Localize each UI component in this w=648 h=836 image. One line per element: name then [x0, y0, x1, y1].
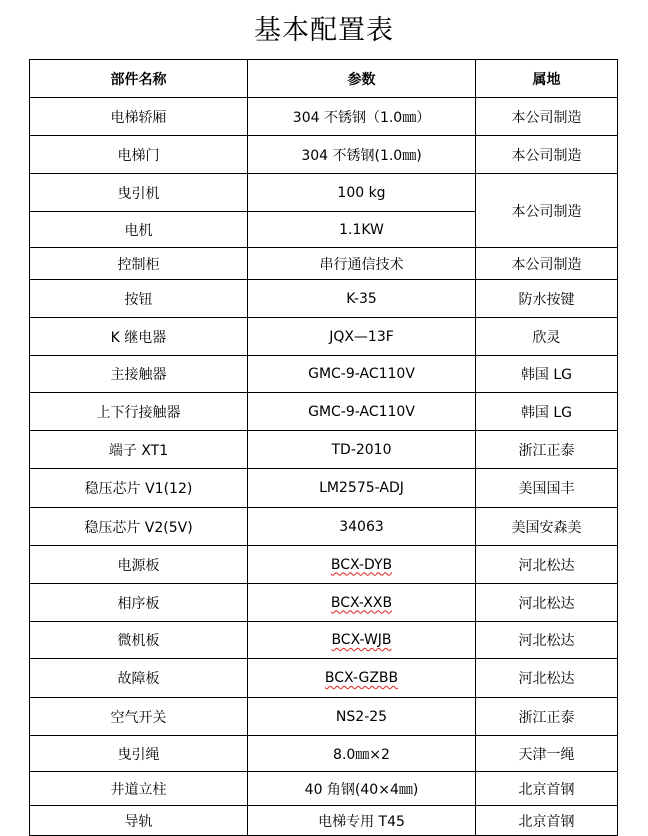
cell-origin-text: 河北松达 [519, 633, 575, 649]
cell-part-name: 稳压芯片 V2(5V) [30, 508, 248, 546]
cell-part-name: 导轨 [30, 806, 248, 836]
cell-part-name-text: 导轨 [125, 814, 153, 830]
cell-part-name: 电梯门 [30, 136, 248, 174]
cell-part-name: K 继电器 [30, 318, 248, 356]
table-body: 电梯轿厢304 不锈钢（1.0㎜）本公司制造电梯门304 不锈钢(1.0㎜)本公… [30, 98, 618, 836]
cell-part-name: 上下行接触器 [30, 393, 248, 431]
table-row: 按钮K-35防水按键 [30, 280, 618, 318]
cell-part-name: 按钮 [30, 280, 248, 318]
cell-parameter-text: K-35 [346, 291, 377, 307]
cell-parameter-text: BCX-XXB [331, 595, 392, 611]
cell-origin: 美国安森美 [476, 508, 618, 546]
cell-origin-text: 河北松达 [519, 671, 575, 687]
cell-part-name-text: 电源板 [118, 558, 160, 574]
table-row: 电源板BCX-DYB河北松达 [30, 546, 618, 584]
cell-origin: 河北松达 [476, 659, 618, 698]
cell-part-name-text: 稳压芯片 V1(12) [85, 481, 193, 497]
cell-parameter: 8.0㎜×2 [248, 736, 476, 772]
cell-parameter-text: JQX—13F [329, 329, 394, 345]
table-row: 相序板BCX-XXB河北松达 [30, 584, 618, 622]
cell-part-name-text: 相序板 [118, 596, 160, 612]
cell-part-name: 曳引绳 [30, 736, 248, 772]
cell-origin-text: 本公司制造 [512, 257, 582, 273]
cell-origin-text: 本公司制造 [512, 204, 582, 220]
cell-origin-text: 美国安森美 [512, 520, 582, 536]
cell-part-name-text: 控制柜 [118, 257, 160, 273]
cell-parameter-text: GMC-9-AC110V [308, 404, 415, 420]
cell-part-name: 控制柜 [30, 248, 248, 280]
cell-parameter: 304 不锈钢（1.0㎜） [248, 98, 476, 136]
table-row: 稳压芯片 V2(5V)34063美国安森美 [30, 508, 618, 546]
table-row: 主接触器GMC-9-AC110V韩国 LG [30, 356, 618, 393]
cell-parameter-text: 100 kg [337, 185, 385, 201]
cell-origin: 韩国 LG [476, 393, 618, 431]
cell-origin: 本公司制造 [476, 174, 618, 248]
cell-parameter-text: 串行通信技术 [320, 257, 404, 273]
cell-parameter-text: BCX-DYB [331, 557, 392, 573]
cell-part-name: 主接触器 [30, 356, 248, 393]
table-row: 曳引绳8.0㎜×2天津一绳 [30, 736, 618, 772]
cell-part-name-text: 曳引机 [118, 186, 160, 202]
cell-parameter: BCX-GZBB [248, 659, 476, 698]
cell-parameter: TD-2010 [248, 431, 476, 469]
cell-part-name: 电机 [30, 212, 248, 248]
cell-part-name: 相序板 [30, 584, 248, 622]
cell-parameter: 电梯专用 T45 [248, 806, 476, 836]
cell-origin: 河北松达 [476, 622, 618, 659]
table-row: 上下行接触器GMC-9-AC110V韩国 LG [30, 393, 618, 431]
cell-part-name: 稳压芯片 V1(12) [30, 469, 248, 508]
cell-origin-text: 北京首钢 [519, 782, 575, 798]
cell-part-name-text: 电梯门 [118, 148, 160, 164]
header-parameter: 参数 [248, 60, 476, 98]
cell-parameter-text: NS2-25 [336, 709, 387, 725]
table-row: 故障板BCX-GZBB河北松达 [30, 659, 618, 698]
cell-origin-text: 防水按键 [519, 292, 575, 308]
cell-part-name: 井道立柱 [30, 772, 248, 806]
cell-origin: 河北松达 [476, 584, 618, 622]
cell-parameter: JQX—13F [248, 318, 476, 356]
cell-parameter: GMC-9-AC110V [248, 356, 476, 393]
cell-origin: 浙江正泰 [476, 431, 618, 469]
table-row: 控制柜串行通信技术本公司制造 [30, 248, 618, 280]
cell-origin: 美国国丰 [476, 469, 618, 508]
table-header-row: 部件名称 参数 属地 [30, 60, 618, 98]
cell-origin-text: 浙江正泰 [519, 710, 575, 726]
cell-part-name-text: 端子 XT1 [109, 443, 168, 459]
cell-origin: 本公司制造 [476, 248, 618, 280]
cell-origin: 欣灵 [476, 318, 618, 356]
cell-part-name: 故障板 [30, 659, 248, 698]
cell-parameter-text: BCX-WJB [331, 632, 391, 648]
table-row: 稳压芯片 V1(12)LM2575-ADJ美国国丰 [30, 469, 618, 508]
cell-origin-text: 欣灵 [533, 330, 561, 346]
cell-origin: 天津一绳 [476, 736, 618, 772]
cell-parameter-text: LM2575-ADJ [319, 480, 404, 496]
cell-parameter: K-35 [248, 280, 476, 318]
cell-part-name-text: 空气开关 [111, 710, 167, 726]
cell-parameter: 100 kg [248, 174, 476, 212]
cell-parameter: 34063 [248, 508, 476, 546]
cell-origin: 浙江正泰 [476, 698, 618, 736]
cell-parameter: GMC-9-AC110V [248, 393, 476, 431]
cell-origin-text: 北京首钢 [519, 814, 575, 830]
cell-parameter-text: GMC-9-AC110V [308, 366, 415, 382]
cell-parameter: 304 不锈钢(1.0㎜) [248, 136, 476, 174]
cell-part-name-text: 主接触器 [111, 367, 167, 383]
cell-part-name-text: 曳引绳 [118, 747, 160, 763]
cell-part-name-text: 井道立柱 [111, 782, 167, 798]
header-origin: 属地 [476, 60, 618, 98]
cell-origin-text: 美国国丰 [519, 481, 575, 497]
cell-part-name-text: 故障板 [118, 671, 160, 687]
cell-part-name: 电源板 [30, 546, 248, 584]
cell-part-name-text: 按钮 [125, 292, 153, 308]
cell-part-name-text: 稳压芯片 V2(5V) [84, 520, 192, 536]
cell-origin-text: 河北松达 [519, 558, 575, 574]
cell-part-name: 端子 XT1 [30, 431, 248, 469]
cell-origin-text: 本公司制造 [512, 148, 582, 164]
cell-part-name-text: 上下行接触器 [97, 405, 181, 421]
cell-parameter-text: TD-2010 [331, 442, 391, 458]
table-row: 电梯门304 不锈钢(1.0㎜)本公司制造 [30, 136, 618, 174]
table-row: 井道立柱40 角钢(40×4㎜)北京首钢 [30, 772, 618, 806]
cell-part-name: 空气开关 [30, 698, 248, 736]
cell-parameter: 1.1KW [248, 212, 476, 248]
table-row: K 继电器JQX—13F欣灵 [30, 318, 618, 356]
cell-origin: 河北松达 [476, 546, 618, 584]
cell-origin: 防水按键 [476, 280, 618, 318]
document-title: 基本配置表 [0, 8, 648, 47]
cell-origin-text: 天津一绳 [519, 747, 575, 763]
header-part-name: 部件名称 [30, 60, 248, 98]
cell-parameter: BCX-WJB [248, 622, 476, 659]
cell-part-name-text: 电梯轿厢 [111, 110, 167, 126]
cell-part-name: 曳引机 [30, 174, 248, 212]
cell-origin-text: 河北松达 [519, 596, 575, 612]
cell-parameter: 40 角钢(40×4㎜) [248, 772, 476, 806]
cell-parameter: NS2-25 [248, 698, 476, 736]
table-row: 微机板BCX-WJB河北松达 [30, 622, 618, 659]
table-row: 空气开关NS2-25浙江正泰 [30, 698, 618, 736]
cell-origin-text: 韩国 LG [521, 367, 572, 383]
cell-origin: 北京首钢 [476, 772, 618, 806]
cell-parameter: BCX-XXB [248, 584, 476, 622]
cell-origin-text: 本公司制造 [512, 110, 582, 126]
cell-origin-text: 浙江正泰 [519, 443, 575, 459]
cell-parameter-text: 304 不锈钢（1.0㎜） [293, 110, 430, 126]
cell-parameter: 串行通信技术 [248, 248, 476, 280]
cell-part-name-text: 微机板 [118, 633, 160, 649]
cell-origin: 本公司制造 [476, 136, 618, 174]
cell-parameter-text: BCX-GZBB [325, 670, 398, 686]
cell-origin-text: 韩国 LG [521, 405, 572, 421]
cell-part-name-text: K 继电器 [111, 330, 167, 346]
cell-part-name: 电梯轿厢 [30, 98, 248, 136]
cell-parameter-text: 34063 [339, 519, 384, 535]
cell-parameter-text: 1.1KW [339, 222, 384, 238]
config-table: 部件名称 参数 属地 电梯轿厢304 不锈钢（1.0㎜）本公司制造电梯门304 … [29, 59, 618, 836]
table-row: 曳引机100 kg本公司制造 [30, 174, 618, 212]
cell-part-name-text: 电机 [125, 223, 153, 239]
cell-parameter-text: 40 角钢(40×4㎜) [305, 782, 419, 798]
table-row: 导轨电梯专用 T45北京首钢 [30, 806, 618, 836]
cell-parameter-text: 304 不锈钢(1.0㎜) [301, 148, 421, 164]
cell-origin: 韩国 LG [476, 356, 618, 393]
cell-origin: 北京首钢 [476, 806, 618, 836]
cell-parameter: BCX-DYB [248, 546, 476, 584]
cell-part-name: 微机板 [30, 622, 248, 659]
cell-origin: 本公司制造 [476, 98, 618, 136]
cell-parameter-text: 电梯专用 T45 [318, 814, 405, 830]
cell-parameter-text: 8.0㎜×2 [333, 747, 390, 763]
table-row: 端子 XT1TD-2010浙江正泰 [30, 431, 618, 469]
cell-parameter: LM2575-ADJ [248, 469, 476, 508]
table-row: 电梯轿厢304 不锈钢（1.0㎜）本公司制造 [30, 98, 618, 136]
